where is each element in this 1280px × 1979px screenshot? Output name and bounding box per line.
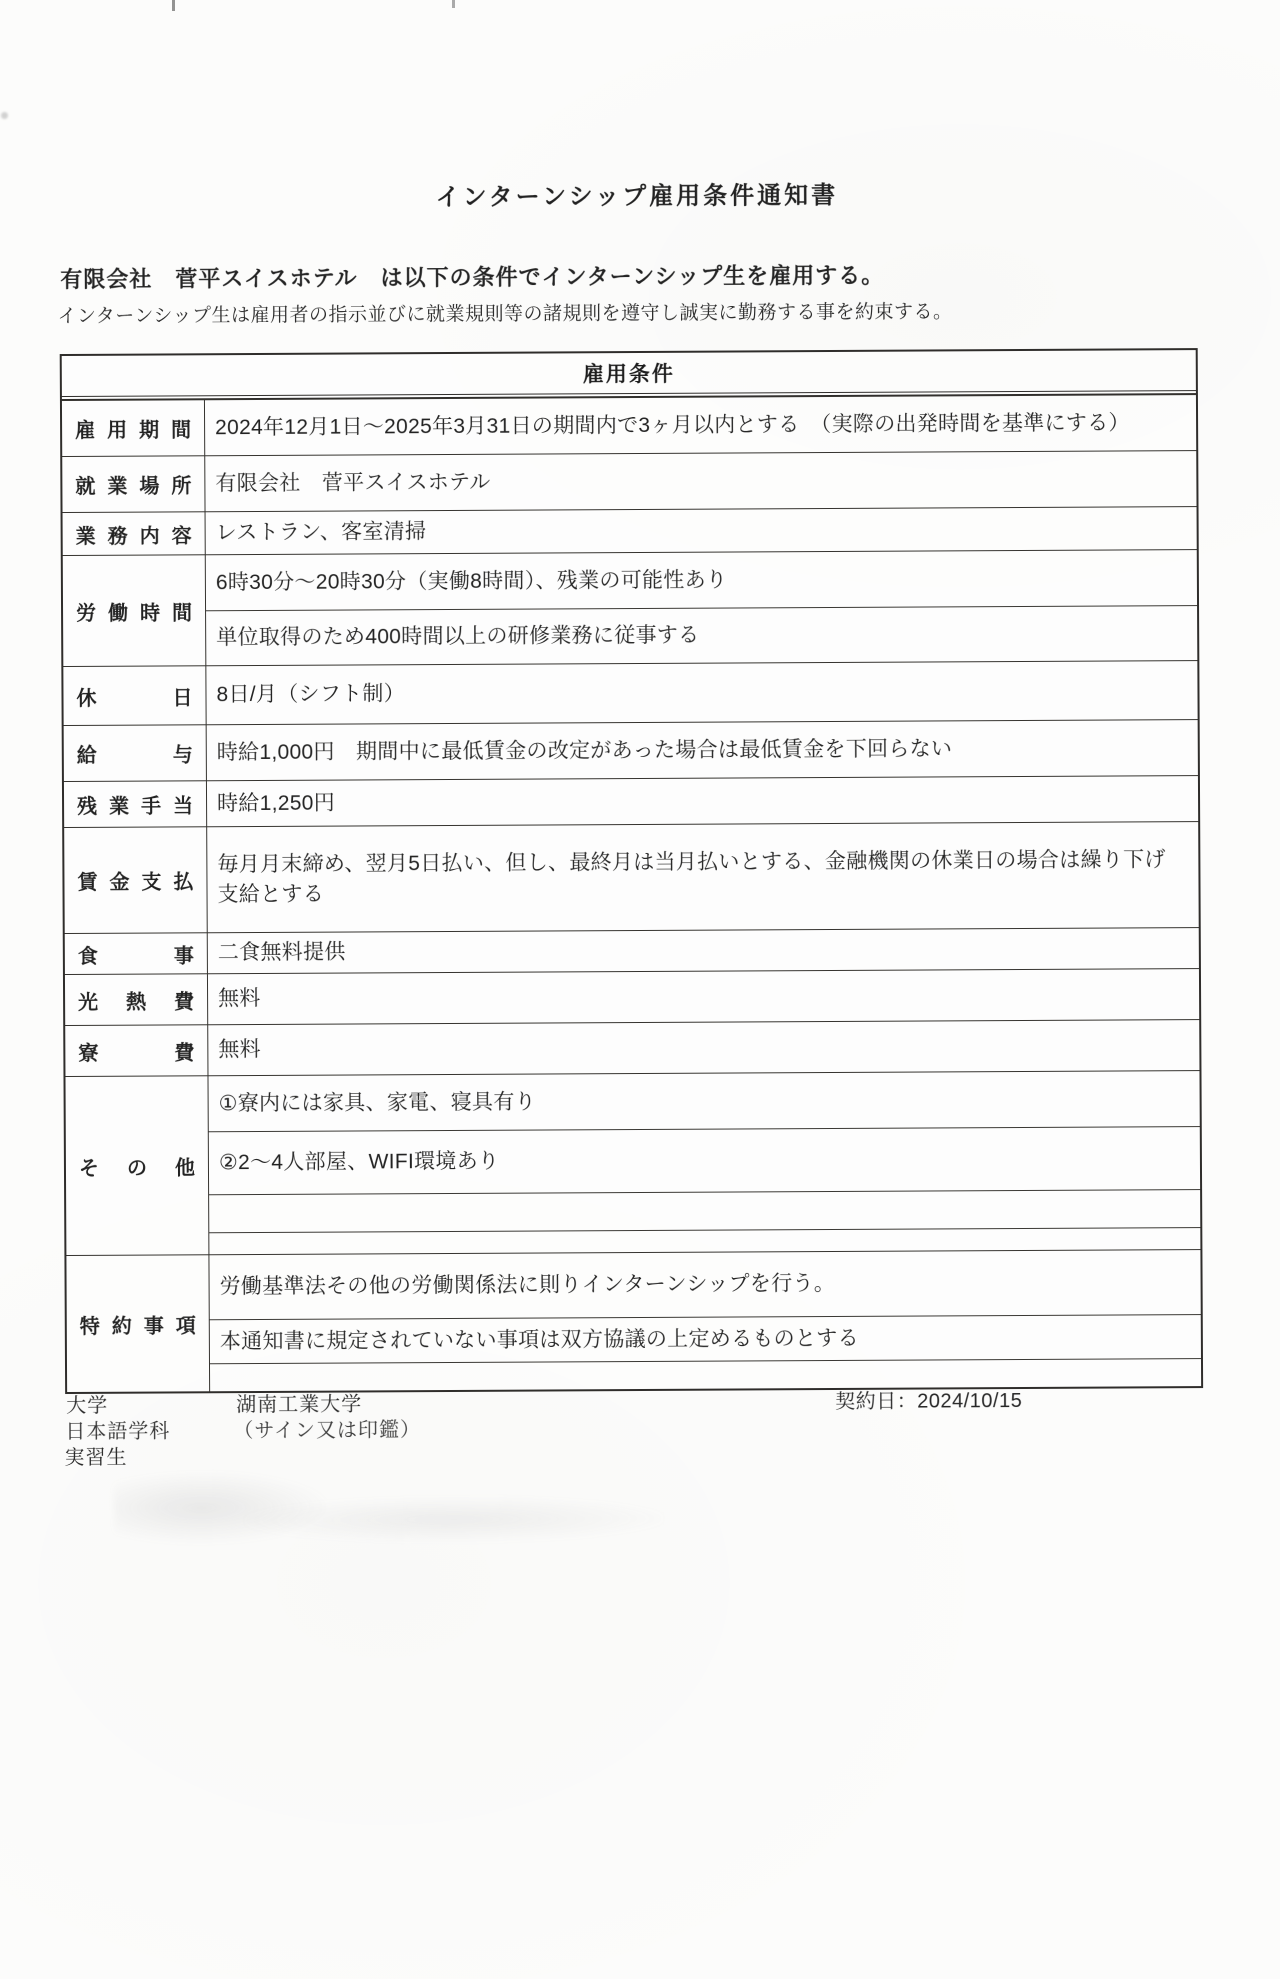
row-value-line: レストラン、客室清掃 bbox=[206, 507, 1197, 554]
document-title: インターンシップ雇用条件通知書 bbox=[0, 173, 1277, 215]
footer-party-university: 大学 bbox=[66, 1389, 108, 1418]
row-label: 業務内容 bbox=[63, 512, 206, 555]
row-value: 無料 bbox=[208, 969, 1199, 1024]
table-row-utilities: 光熱費 無料 bbox=[65, 968, 1199, 1025]
row-value: 時給1,000円 期間中に最低賃金の改定があった場合は最低賃金を下回らない bbox=[207, 720, 1198, 780]
row-value: 2024年12月1日～2025年3月31日の期間内で3ヶ月以内とする （実際の出… bbox=[205, 395, 1196, 455]
table-row-special-provisions: 特約事項 労働基準法その他の労働関係法に則りインターンシップを行う。 本通知書に… bbox=[66, 1249, 1201, 1392]
row-value-line-empty bbox=[210, 1358, 1201, 1391]
row-value-line: 本通知書に規定されていない事項は双方協議の上定めるものとする bbox=[210, 1314, 1201, 1363]
table-row-working-hours: 労働時間 6時30分～20時30分（実働8時間）、残業の可能性あり 単位取得のた… bbox=[63, 549, 1198, 666]
intro-line-employer: 有限会社 菅平スイスホテル は以下の条件でインターンシップ生を雇用する。 bbox=[60, 259, 884, 294]
table-row-wage-payment: 賃金支払 毎月月末締め、翌月5日払い、但し、最終月は当月払いとする、金融機関の休… bbox=[64, 821, 1199, 933]
row-value-line: 有限会社 菅平スイスホテル bbox=[205, 451, 1196, 511]
row-label: その他 bbox=[65, 1076, 209, 1255]
employment-conditions-table: 雇用条件 雇用期間 2024年12月1日～2025年3月31日の期間内で3ヶ月以… bbox=[60, 348, 1203, 1394]
row-value: 有限会社 菅平スイスホテル bbox=[205, 451, 1196, 511]
row-label: 雇用期間 bbox=[62, 400, 205, 456]
row-value: 二食無料提供 bbox=[208, 928, 1199, 973]
row-value-line: 2024年12月1日～2025年3月31日の期間内で3ヶ月以内とする （実際の出… bbox=[205, 395, 1196, 455]
footer-party-trainee: 実習生 bbox=[64, 1441, 127, 1470]
table-row-employment-period: 雇用期間 2024年12月1日～2025年3月31日の期間内で3ヶ月以内とする … bbox=[62, 394, 1196, 456]
row-label: 食事 bbox=[65, 933, 208, 974]
row-value-line: 無料 bbox=[208, 969, 1199, 1024]
row-label: 賃金支払 bbox=[64, 827, 208, 933]
scanned-document-page: インターンシップ雇用条件通知書 有限会社 菅平スイスホテル は以下の条件でインタ… bbox=[0, 0, 1280, 1979]
row-label: 労働時間 bbox=[63, 555, 207, 666]
table-row-workplace: 就業場所 有限会社 菅平スイスホテル bbox=[62, 450, 1196, 512]
row-value-line: 時給1,000円 期間中に最低賃金の改定があった場合は最低賃金を下回らない bbox=[207, 720, 1198, 780]
row-value: 毎月月末締め、翌月5日払い、但し、最終月は当月払いとする、金融機関の休業日の場合… bbox=[207, 822, 1199, 932]
row-value: 労働基準法その他の労働関係法に則りインターンシップを行う。 本通知書に規定されて… bbox=[209, 1250, 1201, 1391]
row-value: 8日/月（シフト制） bbox=[206, 661, 1197, 724]
row-label: 寮費 bbox=[65, 1025, 208, 1076]
footer-contract-date: 契約日：2024/10/15 bbox=[835, 1384, 1022, 1414]
row-label: 光熱費 bbox=[65, 974, 208, 1025]
table-row-meals: 食事 二食無料提供 bbox=[65, 927, 1199, 974]
row-value-line: 単位取得のため400時間以上の研修業務に従事する bbox=[206, 605, 1197, 665]
row-value: 無料 bbox=[208, 1020, 1199, 1075]
table-row-overtime-pay: 残業手当 時給1,250円 bbox=[64, 775, 1198, 827]
table-row-days-off: 休日 8日/月（シフト制） bbox=[63, 660, 1197, 725]
intro-line-pledge: インターンシップ生は雇用者の指示並びに就業規則等の諸規則を遵守し誠実に勤務する事… bbox=[57, 296, 952, 328]
footer-signature-note: （サイン又は印鑑） bbox=[233, 1413, 421, 1443]
row-value: 6時30分～20時30分（実働8時間）、残業の可能性あり 単位取得のため400時… bbox=[206, 550, 1198, 665]
table-title: 雇用条件 bbox=[62, 350, 1196, 400]
table-row-job-description: 業務内容 レストラン、客室清掃 bbox=[63, 506, 1197, 555]
row-value: レストラン、客室清掃 bbox=[206, 507, 1197, 554]
row-value-line: 無料 bbox=[208, 1020, 1199, 1075]
row-label: 給与 bbox=[64, 725, 207, 781]
row-label: 特約事項 bbox=[66, 1255, 210, 1392]
row-label: 休日 bbox=[63, 666, 206, 725]
row-value-line: 6時30分～20時30分（実働8時間）、残業の可能性あり bbox=[206, 550, 1197, 610]
row-value-line: ①寮内には家具、家電、寝具有り bbox=[208, 1071, 1199, 1131]
row-value-line: 8日/月（シフト制） bbox=[206, 661, 1197, 724]
table-row-dormitory-fee: 寮費 無料 bbox=[65, 1019, 1199, 1076]
row-value-line: ②2～4人部屋、WIFI環境あり bbox=[209, 1126, 1200, 1194]
footer-party-department: 日本語学科 bbox=[65, 1414, 170, 1444]
document-content: インターンシップ雇用条件通知書 有限会社 菅平スイスホテル は以下の条件でインタ… bbox=[0, 0, 1280, 1979]
row-value-line: 二食無料提供 bbox=[208, 928, 1199, 973]
row-value-line: 労働基準法その他の労働関係法に則りインターンシップを行う。 bbox=[209, 1250, 1200, 1319]
row-value-line-empty bbox=[209, 1189, 1200, 1232]
row-value-line: 毎月月末締め、翌月5日払い、但し、最終月は当月払いとする、金融機関の休業日の場合… bbox=[207, 822, 1199, 932]
row-label: 残業手当 bbox=[64, 781, 207, 827]
row-label: 就業場所 bbox=[62, 456, 205, 512]
row-value: 時給1,250円 bbox=[207, 776, 1198, 826]
row-value-line: 時給1,250円 bbox=[207, 776, 1198, 826]
scan-smudge bbox=[244, 1496, 664, 1543]
table-row-others: その他 ①寮内には家具、家電、寝具有り ②2～4人部屋、WIFI環境あり bbox=[65, 1070, 1200, 1255]
row-value: ①寮内には家具、家電、寝具有り ②2～4人部屋、WIFI環境あり bbox=[208, 1071, 1200, 1254]
table-row-salary: 給与 時給1,000円 期間中に最低賃金の改定があった場合は最低賃金を下回らない bbox=[64, 719, 1198, 781]
